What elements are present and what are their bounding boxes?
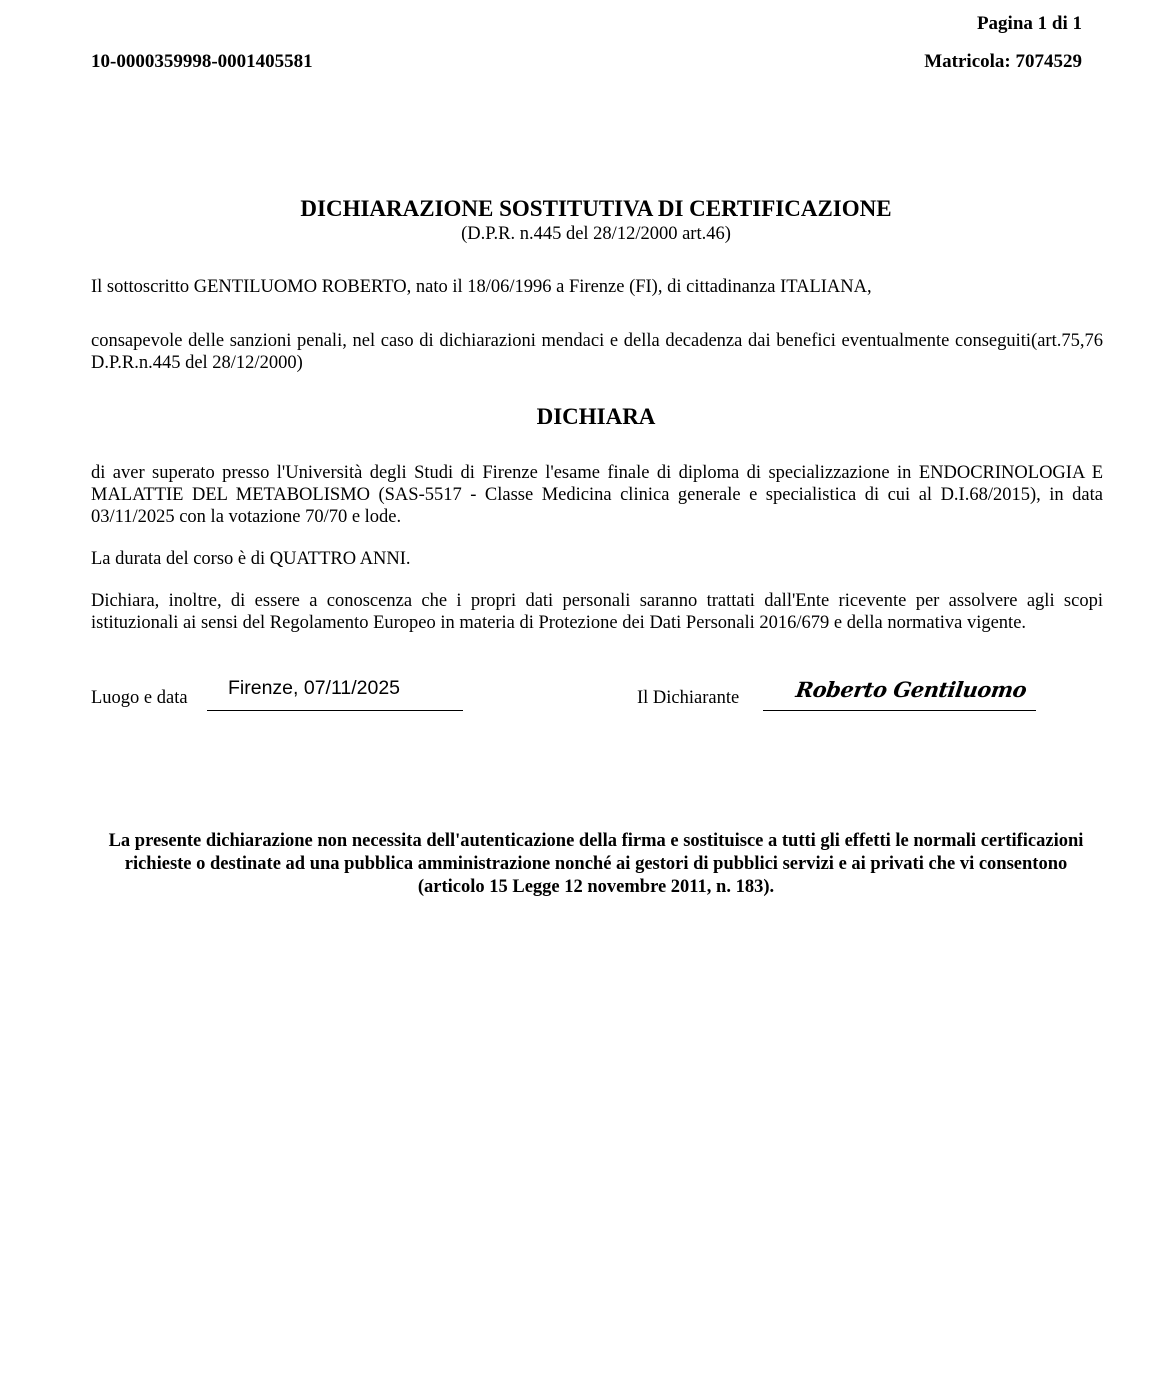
legal-footer: La presente dichiarazione non necessita …	[100, 830, 1092, 899]
privacy-paragraph: Dichiara, inoltre, di essere a conoscenz…	[91, 590, 1103, 634]
duration-paragraph: La durata del corso è di QUATTRO ANNI.	[91, 548, 1103, 570]
document-code: 10-0000359998-0001405581	[91, 51, 313, 73]
intro-paragraph: Il sottoscritto GENTILUOMO ROBERTO, nato…	[91, 276, 1103, 298]
declarant-signature: Roberto Gentiluomo	[794, 677, 1028, 702]
place-date-value: Firenze, 07/11/2025	[228, 677, 400, 700]
matricola: Matricola: 7074529	[924, 51, 1082, 73]
page-number: Pagina 1 di 1	[977, 13, 1082, 35]
declarant-label: Il Dichiarante	[637, 688, 739, 709]
place-date-label: Luogo e data	[91, 688, 188, 709]
place-date-line	[207, 710, 463, 711]
declares-heading: DICHIARA	[0, 404, 1170, 430]
document-title: DICHIARAZIONE SOSTITUTIVA DI CERTIFICAZI…	[0, 196, 1170, 222]
document-subtitle: (D.P.R. n.445 del 28/12/2000 art.46)	[0, 224, 1170, 245]
declarant-signature-line	[763, 710, 1036, 711]
exam-paragraph: di aver superato presso l'Università deg…	[91, 462, 1103, 528]
awareness-paragraph: consapevole delle sanzioni penali, nel c…	[91, 330, 1103, 374]
